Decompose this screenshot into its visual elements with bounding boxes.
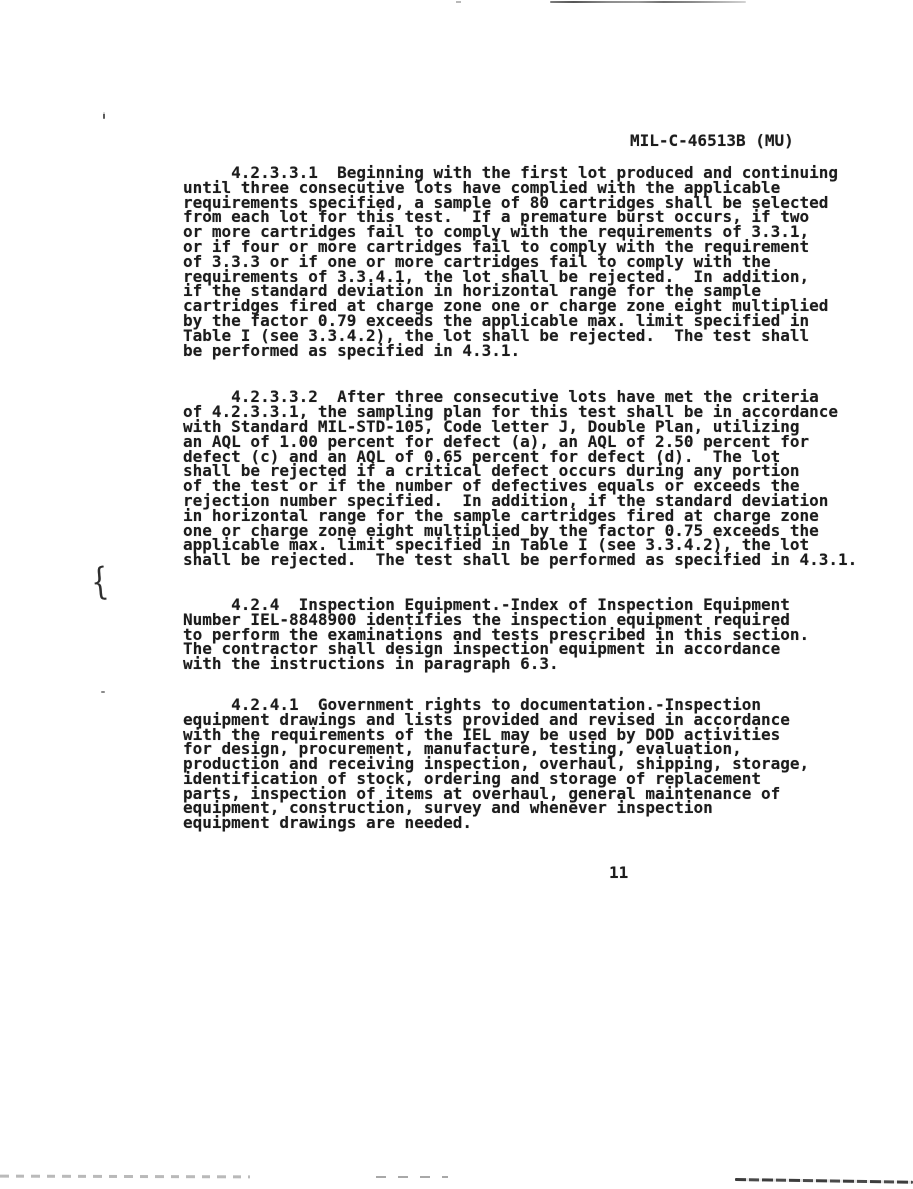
scan-artifact-bottom-dashes-right [735,1178,913,1184]
scan-artifact-bottom-dashes-mid [376,1176,448,1178]
scan-artifact-bottom-dashes-left [0,1175,250,1179]
scan-artifact-mid-dot [101,691,105,693]
paragraph-4-2-3-3-2: 4.2.3.3.2 After three consecutive lots h… [183,390,903,568]
scan-artifact-top-speck [456,1,461,3]
document-id-header: MIL-C-46513B (MU) [630,134,794,149]
handwritten-brace-mark: { [89,559,110,603]
scan-artifact-top-line [550,1,746,3]
page-number: 11 [609,866,628,881]
scan-artifact-left-tick [103,112,105,119]
paragraph-4-2-3-3-1: 4.2.3.3.1 Beginning with the first lot p… [183,166,903,358]
scanned-document-page: MIL-C-46513B (MU) 4.2.3.3.1 Beginning wi… [0,0,913,1189]
document-body: 4.2.3.3.1 Beginning with the first lot p… [183,166,903,831]
paragraph-4-2-4-inspection-equipment: 4.2.4 Inspection Equipment.-Index of Ins… [183,598,903,672]
paragraph-4-2-4-1-government-rights: 4.2.4.1 Government rights to documentati… [183,698,903,831]
